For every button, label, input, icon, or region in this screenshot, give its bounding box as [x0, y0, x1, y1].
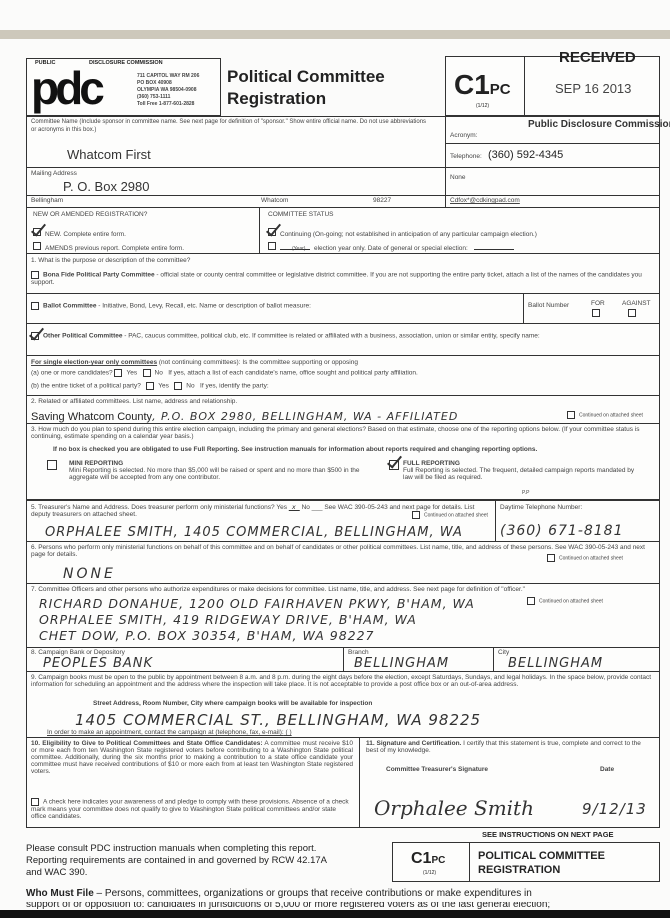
bank-city-value: BELLINGHAM: [508, 656, 603, 671]
treasurer-signature: Orphalee Smith: [374, 796, 534, 820]
ministerial-value: NONE: [63, 566, 116, 582]
amend-checkbox[interactable]: [33, 242, 41, 250]
bona-fide-option[interactable]: Bona Fide Political Party Committee - of…: [31, 271, 651, 286]
continuing-checkbox[interactable]: [268, 228, 276, 236]
single-election-box: For single election-year only committees…: [26, 356, 660, 396]
mini-reporting-checkbox[interactable]: [47, 460, 57, 470]
books-box: 9. Campaign books must be open to the pu…: [26, 672, 660, 738]
eligibility-box: 10. Eligibility to Give to Political Com…: [26, 738, 360, 828]
who-must-file-cont: support of or opposition to: candidates …: [26, 902, 666, 910]
received-stamp-box: RECEIVED SEP 16 2013: [525, 56, 660, 116]
received-date: SEP 16 2013: [555, 81, 631, 96]
form-code-box: C1PC (1/12): [445, 56, 525, 116]
signature-date: 9/12/13: [582, 800, 647, 818]
officer-line: ORPHALEE SMITH, 419 RIDGEWAY DRIVE, B'HA…: [39, 612, 475, 628]
single-a-row: (a) one or more candidates? Yes No If ye…: [31, 369, 418, 377]
single-b-yes-checkbox[interactable]: [146, 382, 154, 390]
bona-fide-checkbox[interactable]: [31, 271, 39, 279]
mailing-address-box: Mailing Address P. O. Box 2980: [26, 168, 446, 196]
officers-list: RICHARD DONAHUE, 1200 OLD FAIRHAVEN PKWY…: [39, 596, 475, 644]
treasurer-box: 5. Treasurer's Name and Address. Does tr…: [26, 500, 496, 542]
single-a-no-checkbox[interactable]: [143, 369, 151, 377]
ministerial-box: 6. Persons who perform only ministerial …: [26, 542, 660, 584]
city-row: Bellingham Whatcom 98227: [26, 196, 446, 208]
treasurer-continued-checkbox[interactable]: [412, 511, 420, 519]
new-checkbox[interactable]: [33, 228, 41, 236]
related-committees-box: 2. Related or affiliated committees. Lis…: [26, 396, 660, 424]
treasurer-value: ORPHALEE SMITH, 1405 COMMERCIAL, BELLING…: [45, 525, 463, 540]
fax-box: None: [446, 168, 660, 196]
single-b-row: (b) the entire ticket of a political par…: [31, 382, 269, 390]
email-box: Cdfox*@cdkingpad.com: [446, 196, 660, 208]
pdc-logo-icon: pdc: [31, 65, 101, 111]
election-year-checkbox[interactable]: [268, 242, 276, 250]
single-b-no-checkbox[interactable]: [174, 382, 182, 390]
committee-status-box: COMMITTEE STATUS Continuing (On-going; n…: [260, 208, 660, 254]
received-stamp: RECEIVED: [559, 49, 636, 66]
other-checkbox[interactable]: [31, 332, 39, 340]
ballot-option[interactable]: Ballot Committee - Initiative, Bond, Lev…: [31, 302, 311, 310]
acronym-box: Public Disclosure Commission Acronym:: [446, 116, 660, 144]
treasurer-phone-box: Daytime Telephone Number: (360) 671-8181: [496, 500, 660, 542]
telephone-box: Telephone: (360) 592-4345: [446, 144, 660, 168]
officers-continued-checkbox[interactable]: [527, 597, 535, 605]
bank-city-box: City BELLINGHAM: [494, 648, 660, 672]
stamp-agency: Public Disclosure Commission: [528, 119, 670, 130]
bank-box: 8. Campaign Bank or Depository PEOPLES B…: [26, 648, 344, 672]
bank-branch-value: BELLINGHAM: [354, 656, 449, 671]
full-reporting-checkbox[interactable]: [389, 460, 399, 470]
registration-box: NEW OR AMENDED REGISTRATION? NEW. Comple…: [26, 208, 260, 254]
purpose-bona-fide-box: 1. What is the purpose or description of…: [26, 254, 660, 294]
single-a-yes-checkbox[interactable]: [114, 369, 122, 377]
committee-name-value: Whatcom First: [67, 147, 151, 162]
footer-form-code: C1PC (1/12): [392, 842, 470, 882]
bank-branch-box: Branch BELLINGHAM: [344, 648, 494, 672]
committee-name-box: Committee Name (Include sponsor in commi…: [26, 116, 446, 168]
ballot-checkbox[interactable]: [31, 302, 39, 310]
mailing-address-value: P. O. Box 2980: [63, 179, 150, 194]
form-title: Political Committee Registration: [227, 66, 385, 110]
bank-value: PEOPLES BANK: [43, 656, 153, 671]
eligibility-pledge[interactable]: A check here indicates your awareness of…: [31, 798, 353, 820]
signature-box: 11. Signature and Certification. I certi…: [360, 738, 660, 828]
ballot-against-checkbox[interactable]: [628, 309, 636, 317]
who-must-file: Who Must File – Persons, committees, org…: [26, 888, 532, 899]
other-option[interactable]: Other Political Committee - PAC, caucus …: [31, 332, 651, 340]
agency-address: 711 CAPITOL WAY RM 206 PO BOX 40908 OLYM…: [137, 73, 199, 108]
related-continued-checkbox[interactable]: [567, 411, 575, 419]
officer-line: CHET DOW, P.O. BOX 30354, B'HAM, WA 9822…: [39, 628, 475, 644]
scan-bottom-edge: [0, 910, 670, 918]
eligibility-checkbox[interactable]: [31, 798, 39, 806]
pdc-logo-block: PUBLIC DISCLOSURE COMMISSION pdc 711 CAP…: [26, 58, 221, 116]
officers-box: 7. Committee Officers and other persons …: [26, 584, 660, 648]
see-instructions: SEE INSTRUCTIONS ON NEXT PAGE: [482, 830, 614, 839]
officer-line: RICHARD DONAHUE, 1200 OLD FAIRHAVEN PKWY…: [39, 596, 475, 612]
other-committee-box: Other Political Committee - PAC, caucus …: [26, 324, 660, 356]
ballot-for-checkbox[interactable]: [592, 309, 600, 317]
ballot-number-box: Ballot Number FOR AGAINST: [524, 294, 660, 324]
amend-option[interactable]: AMENDS previous report. Complete entire …: [33, 237, 184, 255]
ministerial-continued-checkbox[interactable]: [547, 554, 555, 562]
ballot-committee-box: Ballot Committee - Initiative, Bond, Lev…: [26, 294, 524, 324]
footer-form-title: POLITICAL COMMITTEE REGISTRATION: [470, 842, 660, 882]
spending-box: 3. How much do you plan to spend during …: [26, 424, 660, 500]
consult-text: Please consult PDC instruction manuals w…: [26, 843, 327, 879]
books-address-value: 1405 COMMERCIAL ST., BELLINGHAM, WA 9822…: [75, 711, 481, 729]
scan-top-border: [0, 30, 670, 39]
telephone-value: (360) 592-4345: [488, 149, 563, 161]
contact-value[interactable]: ( ): [285, 729, 291, 736]
treasurer-phone-value: (360) 671-8181: [500, 523, 624, 539]
